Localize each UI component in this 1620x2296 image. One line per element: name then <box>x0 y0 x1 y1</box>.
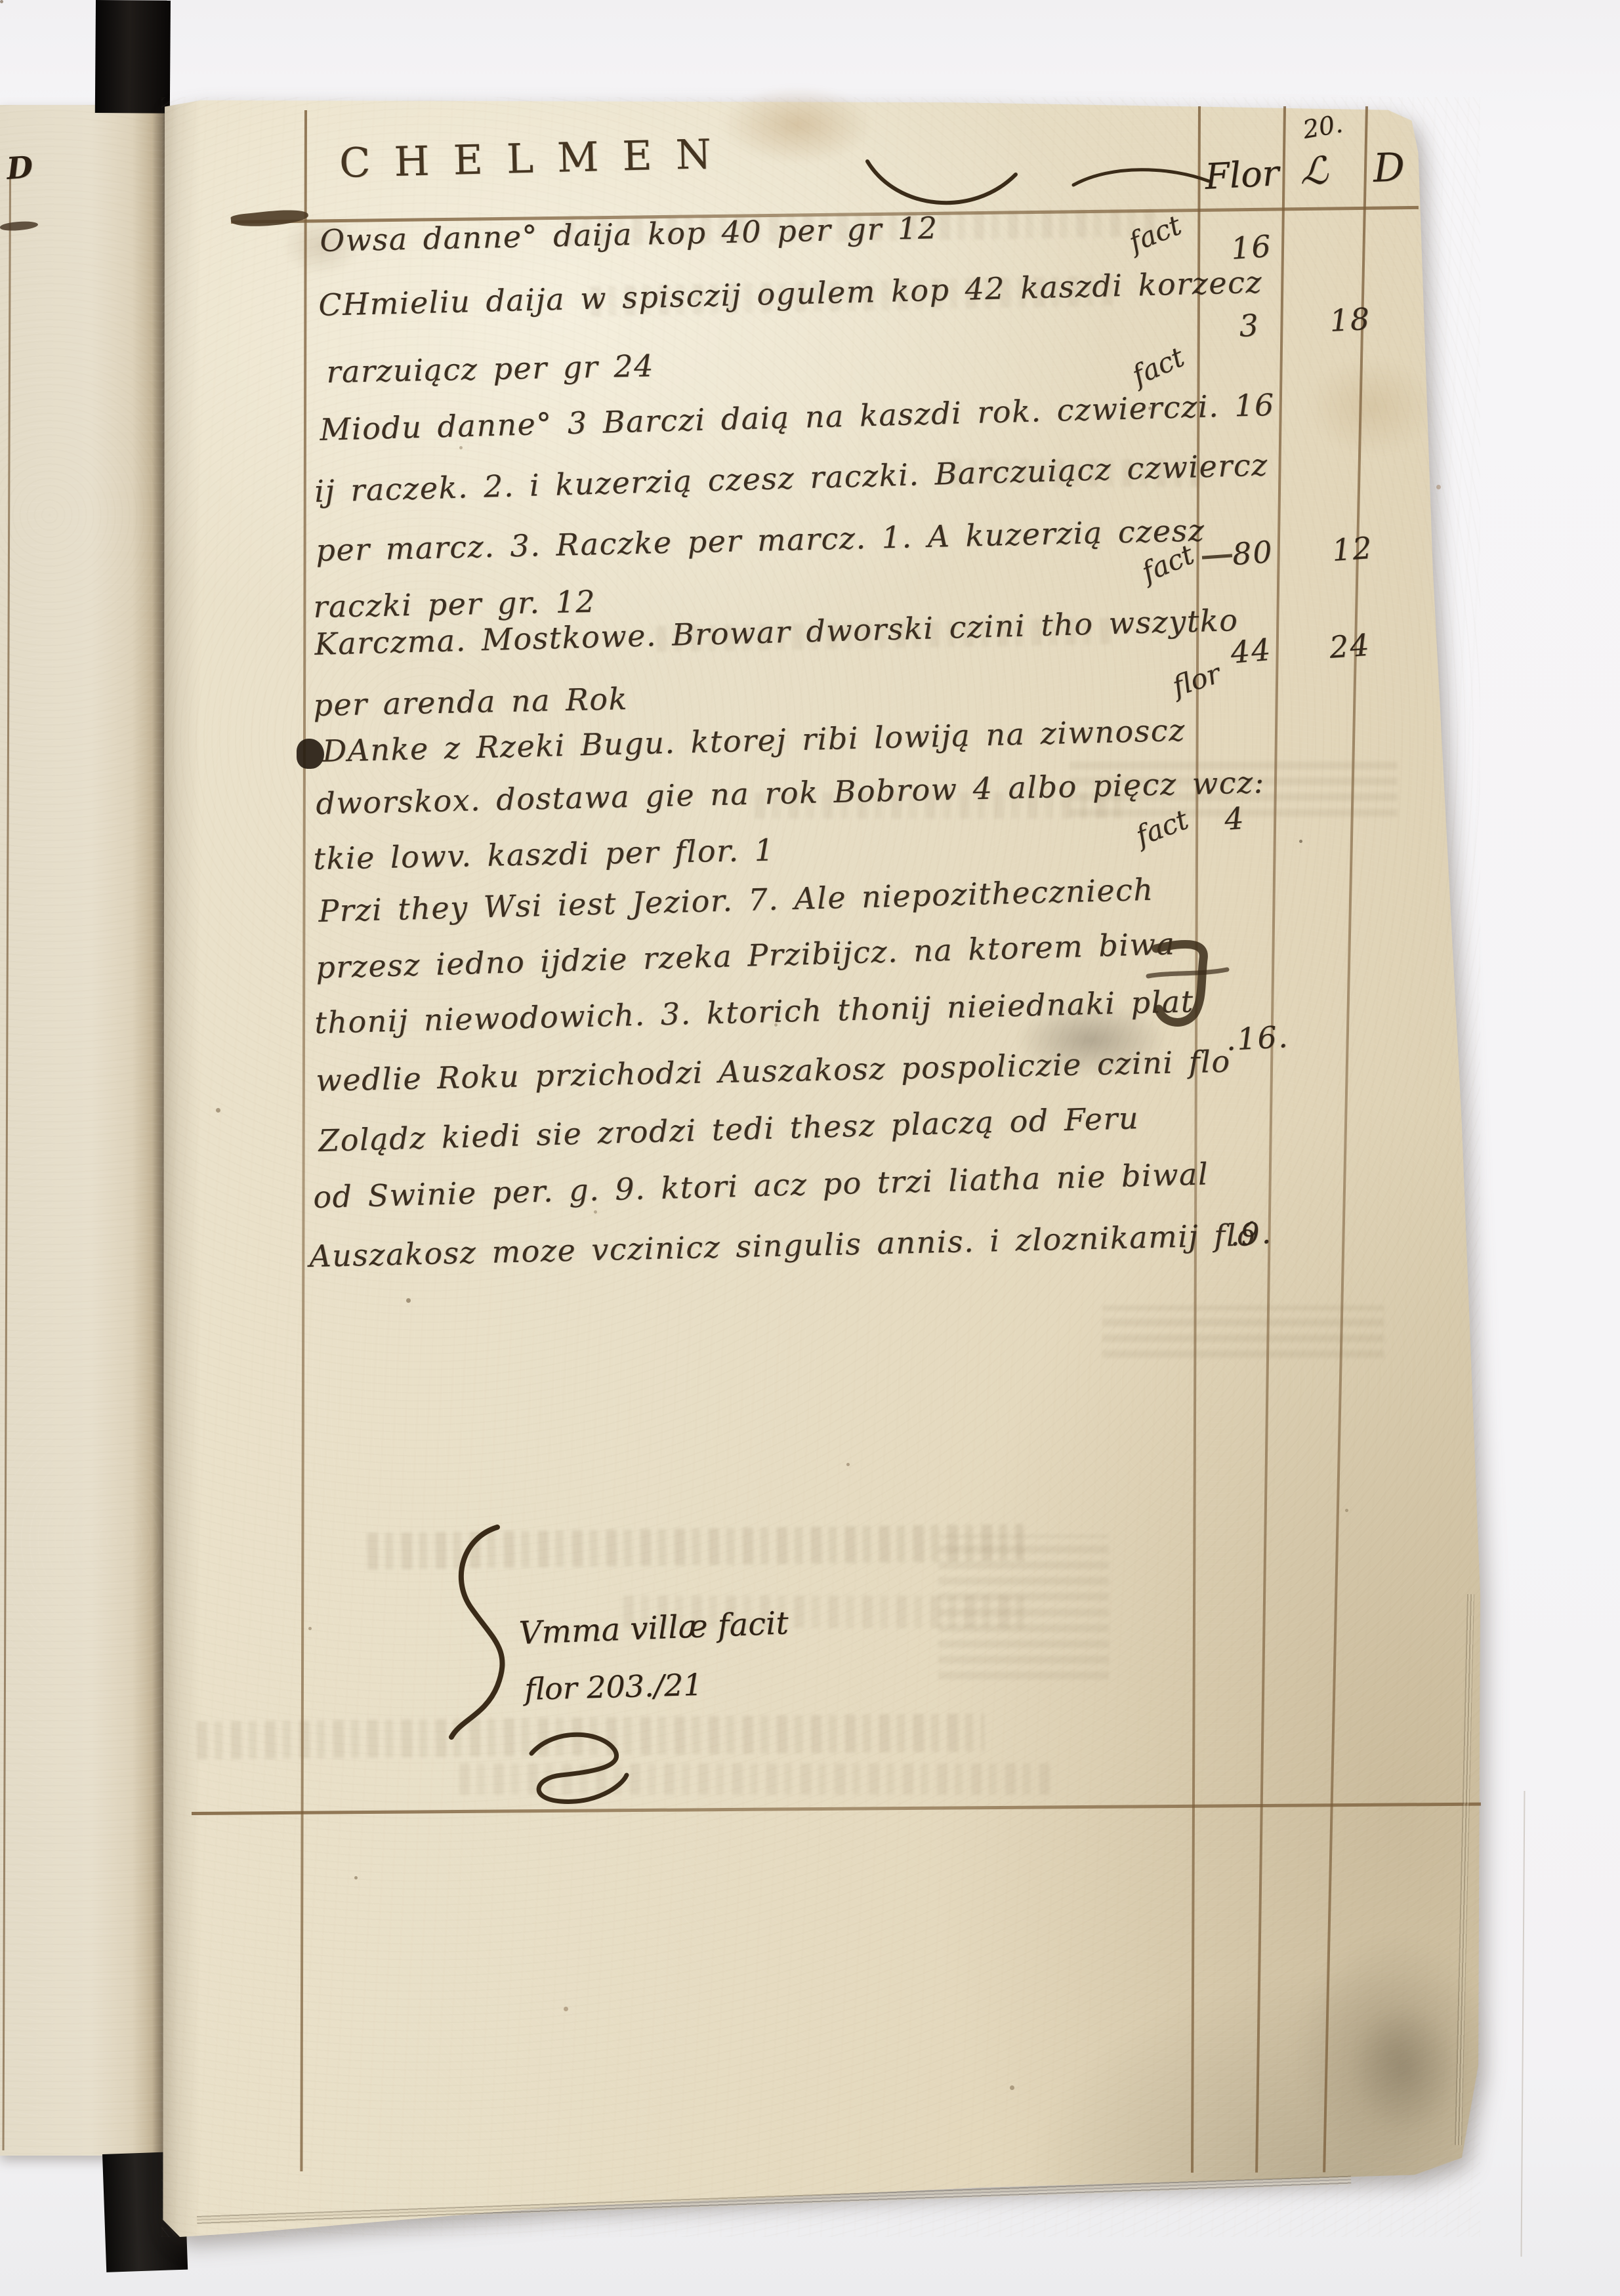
flor-value: 44 <box>1229 632 1273 670</box>
flor-leading-swash <box>1071 161 1212 197</box>
ink-blot-doodle <box>1143 937 1241 1035</box>
entry-line: rarzuiącz per gr 24 <box>326 348 654 390</box>
summa-total-line: flor 203./21 <box>524 1667 703 1707</box>
page-margin-letter: D <box>1373 144 1406 192</box>
entry-line: raczki per gr. 12 <box>313 584 596 625</box>
gr-column-header: ℒ <box>1300 148 1328 193</box>
entry-line: per arenda na Rok <box>313 681 628 723</box>
page-title: CHELMEN <box>339 129 736 187</box>
gr-value: 24 <box>1328 627 1371 665</box>
flor-value: .9. <box>1228 1215 1273 1253</box>
flor-value: 3 <box>1238 307 1260 344</box>
summa-initial-s <box>432 1521 530 1747</box>
flor-value: 4 <box>1223 800 1246 837</box>
manuscript-scan: D CHELMEN Flor 20. ℒ D Owsa danne° daija <box>0 0 1620 2296</box>
page-shadow-wrap <box>0 0 1620 2296</box>
pen-flourish <box>522 1724 636 1813</box>
ink-blot <box>297 739 324 769</box>
flor-value: 80 <box>1231 534 1274 572</box>
foxing-specks <box>0 0 3 3</box>
gr-value: 18 <box>1329 301 1371 338</box>
gr-value: 12 <box>1331 530 1374 568</box>
flor-value: .16. <box>1225 1019 1289 1057</box>
flor-value: 16 <box>1230 228 1273 266</box>
flor-column-header: Flor <box>1204 152 1280 197</box>
